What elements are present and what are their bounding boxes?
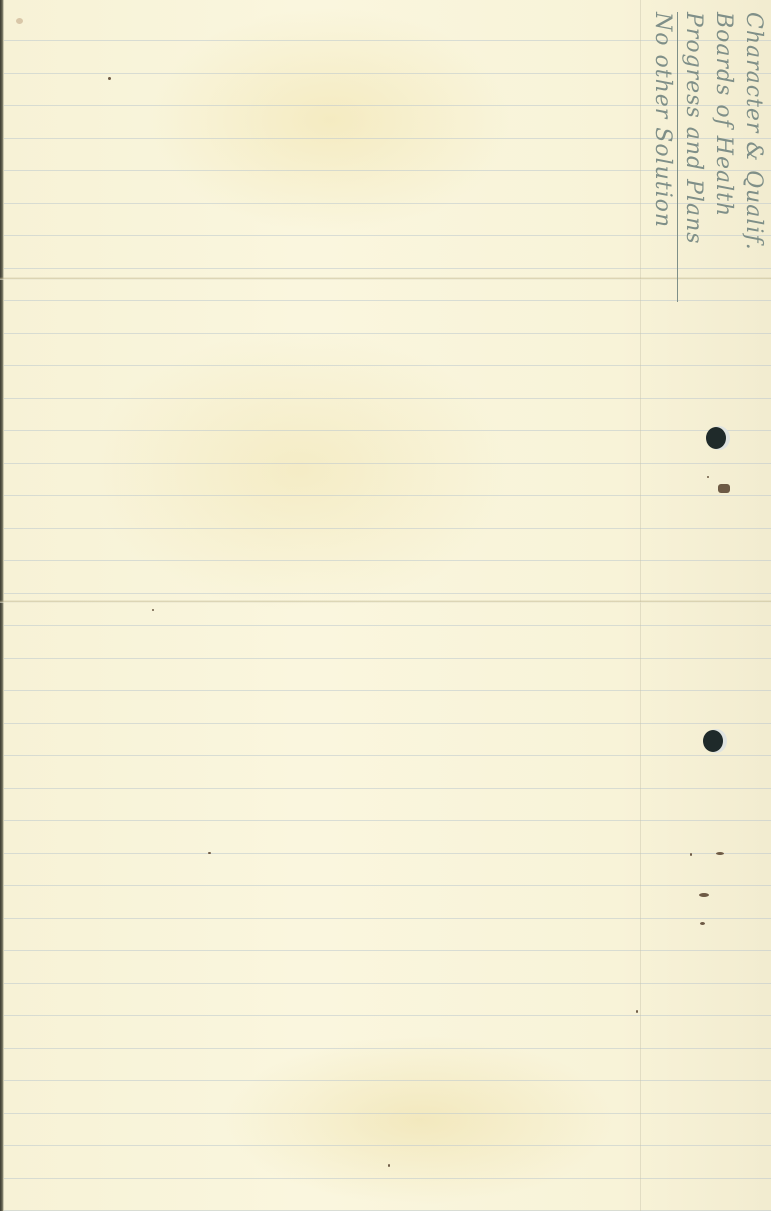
- ruled-line: [4, 593, 771, 594]
- ink-blot: [718, 484, 730, 493]
- ruled-line: [4, 690, 771, 691]
- ruled-line: [4, 853, 771, 854]
- ruled-line: [4, 950, 771, 951]
- ruled-line: [4, 1015, 771, 1016]
- punch-hole-lower: [703, 730, 723, 752]
- ruled-line: [4, 495, 771, 496]
- ruled-line: [4, 1113, 771, 1114]
- ruled-line: [4, 755, 771, 756]
- ruled-line: [4, 398, 771, 399]
- ruled-line: [4, 723, 771, 724]
- ruled-line: [4, 560, 771, 561]
- ruled-line: [4, 820, 771, 821]
- ruled-line: [4, 333, 771, 334]
- stain: [16, 18, 23, 24]
- ruled-line: [4, 885, 771, 886]
- ruled-line: [4, 365, 771, 366]
- note-line: No other Solution: [647, 12, 677, 302]
- speck: [690, 853, 692, 856]
- ruled-line: [4, 430, 771, 431]
- ruled-line: [4, 1178, 771, 1179]
- speck: [699, 893, 709, 897]
- ruled-line: [4, 528, 771, 529]
- ruled-line: [4, 1080, 771, 1081]
- speck: [716, 852, 724, 855]
- speck: [388, 1164, 390, 1167]
- note-line: Character & Qualif.: [738, 12, 768, 302]
- fold-crease-lower: [0, 600, 771, 603]
- note-line: Progress and Plans: [677, 12, 708, 302]
- punch-hole-upper: [706, 427, 726, 449]
- binding-edge: [0, 0, 4, 1211]
- ruled-line: [4, 658, 771, 659]
- speck: [707, 476, 709, 478]
- note-line: Boards of Health: [708, 12, 738, 302]
- ruled-line: [4, 625, 771, 626]
- ruled-line: [4, 1145, 771, 1146]
- ruled-line: [4, 463, 771, 464]
- handwritten-note: Character & Qualif. Boards of Health Pro…: [603, 12, 768, 302]
- ruled-line: [4, 983, 771, 984]
- speck: [152, 609, 154, 611]
- document-page: Character & Qualif. Boards of Health Pro…: [0, 0, 771, 1211]
- speck: [208, 852, 211, 854]
- speck: [636, 1010, 638, 1013]
- ruled-line: [4, 788, 771, 789]
- ruled-line: [4, 918, 771, 919]
- speck: [108, 77, 111, 80]
- speck: [700, 922, 705, 925]
- ruled-line: [4, 1048, 771, 1049]
